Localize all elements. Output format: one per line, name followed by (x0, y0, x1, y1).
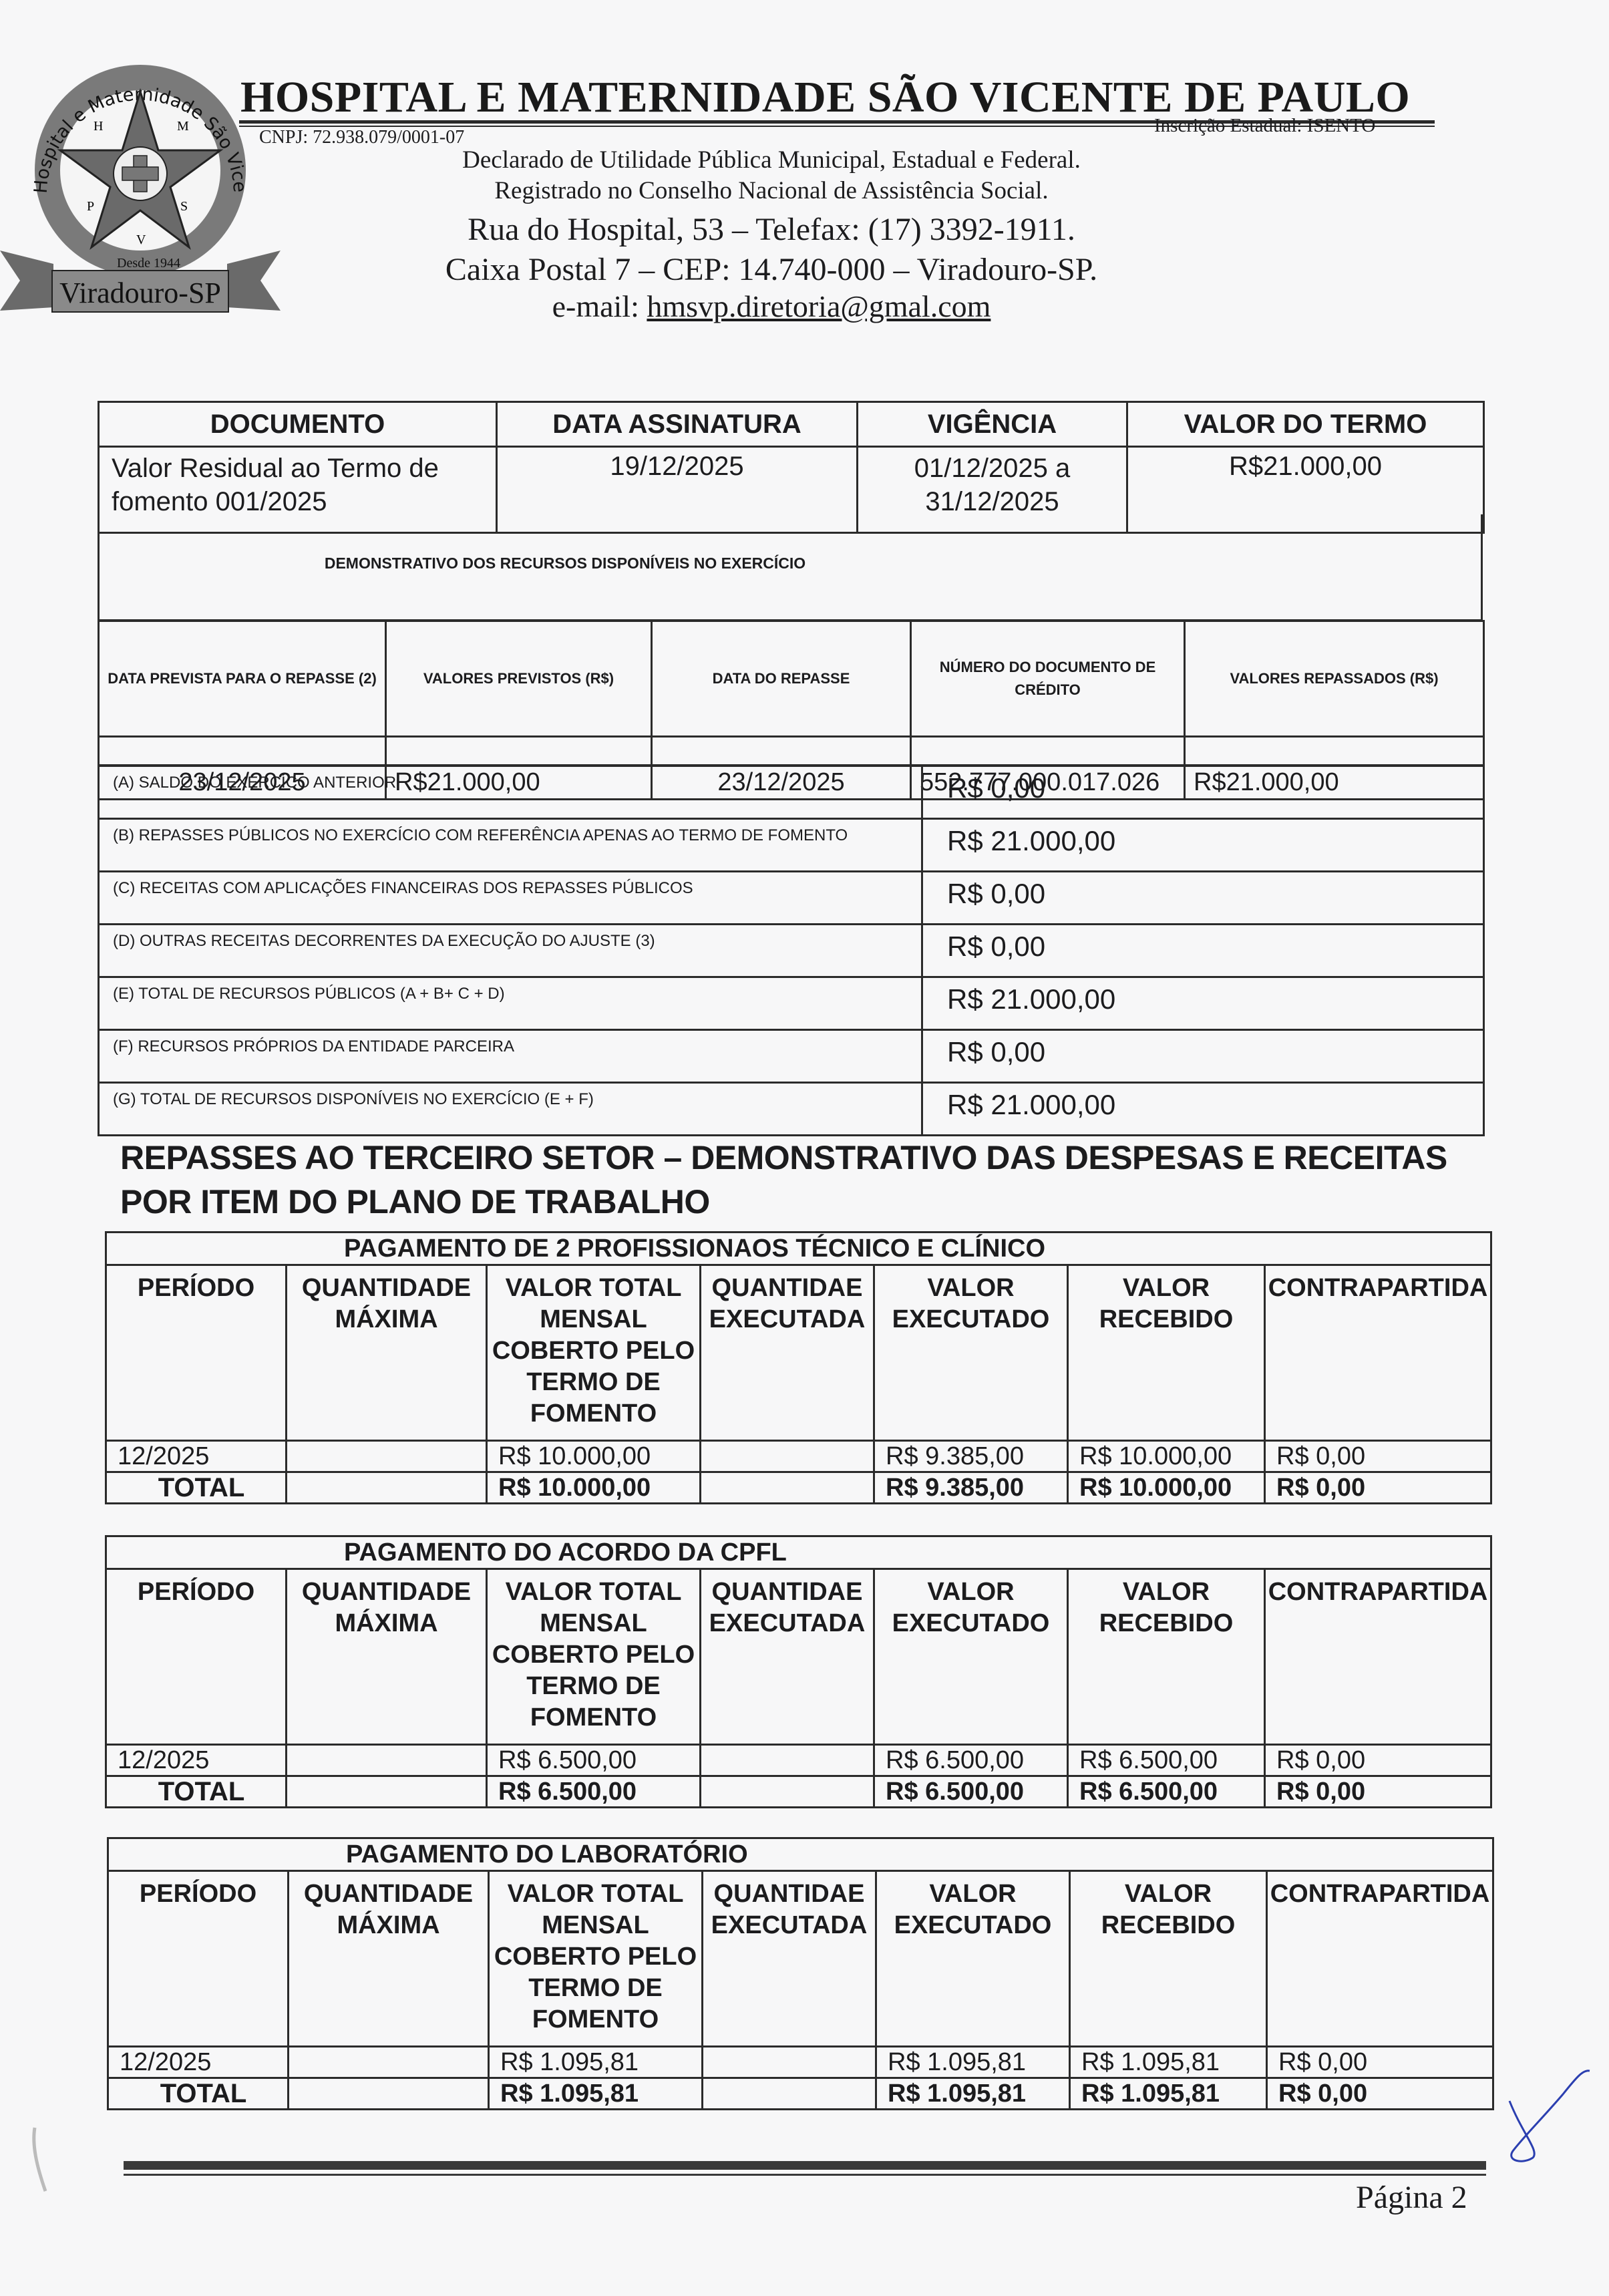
header-periodo: PERÍODO (108, 1871, 289, 2047)
cell-contrapartida: R$ 0,00 (1265, 1745, 1491, 1776)
logo-banner: Viradouro-SP (59, 277, 221, 309)
footer-rule (124, 2161, 1486, 2170)
total-valor-executado: R$ 9.385,00 (874, 1472, 1068, 1504)
total-valor-executado: R$ 6.500,00 (874, 1776, 1068, 1808)
item-table-cpfl: PAGAMENTO DO ACORDO DA CPFLPERÍODOQUANTI… (105, 1535, 1492, 1808)
summary-table: (A) SALDO DO EXERCÍCO ANTERIOR R$ 0,00 (… (98, 765, 1485, 1136)
header-contrapartida: CONTRAPARTIDA (1265, 1569, 1491, 1745)
header-periodo: PERÍODO (106, 1265, 287, 1441)
item-row: 12/2025R$ 10.000,00R$ 9.385,00R$ 10.000,… (106, 1441, 1491, 1472)
registro-cnas: Registrado no Conselho Nacional de Assis… (374, 176, 1169, 205)
summary-label: (F) RECURSOS PRÓPRIOS DA ENTIDADE PARCEI… (99, 1030, 922, 1083)
total-valor-recebido: R$ 1.095,81 (1070, 2078, 1267, 2110)
total-valor-total: R$ 6.500,00 (487, 1776, 701, 1808)
total-valor-recebido: R$ 6.500,00 (1068, 1776, 1265, 1808)
total-quantidade-maxima (287, 1472, 487, 1504)
summary-row-b: (B) REPASSES PÚBLICOS NO EXERCÍCIO COM R… (99, 819, 1484, 872)
header-quantidade-executada: QUANTIDAE EXECUTADA (701, 1265, 874, 1441)
logo-letter-v: V (136, 232, 146, 247)
summary-value: R$ 0,00 (922, 872, 1484, 925)
total-quantidade-maxima (287, 1776, 487, 1808)
header-valor-recebido: VALOR RECEBIDO (1068, 1265, 1265, 1441)
summary-label: (A) SALDO DO EXERCÍCO ANTERIOR (99, 766, 922, 819)
summary-row-a: (A) SALDO DO EXERCÍCO ANTERIOR R$ 0,00 (99, 766, 1484, 819)
demonstrativo-title: DEMONSTRATIVO DOS RECURSOS DISPONÍVEIS N… (98, 554, 1033, 572)
cell-quantidade-executada (703, 2047, 876, 2078)
cell-valor-total: R$ 1.095,81 (489, 2047, 703, 2078)
item-total-row: TOTALR$ 10.000,00R$ 9.385,00R$ 10.000,00… (106, 1472, 1491, 1504)
total-quantidade-executada (701, 1472, 874, 1504)
cell-contrapartida: R$ 0,00 (1265, 1441, 1491, 1472)
cell-valor-total: R$ 10.000,00 (487, 1441, 701, 1472)
total-quantidade-maxima (289, 2078, 489, 2110)
header-quantidade-maxima: QUANTIDADE MÁXIMA (289, 1871, 489, 2047)
blank-cell (652, 737, 911, 766)
section-title: REPASSES AO TERCEIRO SETOR – DEMONSTRATI… (120, 1136, 1483, 1224)
total-label: TOTAL (106, 1776, 287, 1808)
postal: Caixa Postal 7 – CEP: 14.740-000 – Virad… (374, 251, 1169, 288)
cell-valor-recebido: R$ 1.095,81 (1070, 2047, 1267, 2078)
header-data-repasse: DATA DO REPASSE (652, 621, 911, 737)
item-caption: PAGAMENTO DO ACORDO DA CPFL (106, 1536, 1491, 1569)
item-caption: PAGAMENTO DE 2 PROFISSIONAOS TÉCNICO E C… (106, 1233, 1491, 1265)
summary-value: R$ 21.000,00 (922, 1083, 1484, 1136)
summary-value: R$ 0,00 (922, 1030, 1484, 1083)
summary-value: R$ 21.000,00 (922, 819, 1484, 872)
header-data-assinatura: DATA ASSINATURA (497, 402, 858, 447)
item-row: 12/2025R$ 6.500,00R$ 6.500,00R$ 6.500,00… (106, 1745, 1491, 1776)
total-label: TOTAL (106, 1472, 287, 1504)
email-line: e-mail: hmsvp.diretoria@gmal.com (374, 289, 1169, 324)
header-valor-total: VALOR TOTAL MENSAL COBERTO PELO TERMO DE… (489, 1871, 703, 2047)
summary-label: (C) RECEITAS COM APLICAÇÕES FINANCEIRAS … (99, 872, 922, 925)
item-row: 12/2025R$ 1.095,81R$ 1.095,81R$ 1.095,81… (108, 2047, 1493, 2078)
header-valores-repassados: VALORES REPASSADOS (R$) (1185, 621, 1484, 737)
email-label: e-mail: (552, 289, 647, 323)
header-vigencia: VIGÊNCIA (858, 402, 1127, 447)
page-number: Página 2 (1356, 2179, 1467, 2216)
logo-letter-p: P (87, 199, 94, 214)
header-quantidade-maxima: QUANTIDADE MÁXIMA (287, 1265, 487, 1441)
logo-letter-s: S (180, 199, 188, 214)
logo-letter-h: H (94, 119, 103, 134)
summary-value: R$ 0,00 (922, 925, 1484, 977)
header-valor-termo: VALOR DO TERMO (1127, 402, 1484, 447)
total-quantidade-executada (703, 2078, 876, 2110)
cell-valor-total: R$ 6.500,00 (487, 1745, 701, 1776)
item-caption: PAGAMENTO DO LABORATÓRIO (108, 1838, 1493, 1871)
total-quantidade-executada (701, 1776, 874, 1808)
cell-quantidade-executada (701, 1441, 874, 1472)
scan-artifact (27, 2124, 53, 2198)
cell-valor-executado: R$ 1.095,81 (876, 2047, 1070, 2078)
email-link[interactable]: hmsvp.diretoria@gmal.com (647, 289, 991, 323)
header-quantidade-executada: QUANTIDAE EXECUTADA (701, 1569, 874, 1745)
item-table-profissionais: PAGAMENTO DE 2 PROFISSIONAOS TÉCNICO E C… (105, 1231, 1492, 1504)
blank-cell (386, 737, 652, 766)
header-documento: DOCUMENTO (99, 402, 497, 447)
item-total-row: TOTALR$ 6.500,00R$ 6.500,00R$ 6.500,00R$… (106, 1776, 1491, 1808)
summary-label: (B) REPASSES PÚBLICOS NO EXERCÍCIO COM R… (99, 819, 922, 872)
summary-row-g: (G) TOTAL DE RECURSOS DISPONÍVEIS NO EXE… (99, 1083, 1484, 1136)
summary-row-d: (D) OUTRAS RECEITAS DECORRENTES DA EXECU… (99, 925, 1484, 977)
summary-value: R$ 0,00 (922, 766, 1484, 819)
summary-row-f: (F) RECURSOS PRÓPRIOS DA ENTIDADE PARCEI… (99, 1030, 1484, 1083)
cell-quantidade-maxima (287, 1745, 487, 1776)
header-numero-documento: NÚMERO DO DOCUMENTO DE CRÉDITO (911, 621, 1185, 737)
summary-label: (G) TOTAL DE RECURSOS DISPONÍVEIS NO EXE… (99, 1083, 922, 1136)
logo-since: Desde 1944 (117, 256, 180, 271)
total-contrapartida: R$ 0,00 (1267, 2078, 1493, 2110)
header-periodo: PERÍODO (106, 1569, 287, 1745)
total-valor-total: R$ 10.000,00 (487, 1472, 701, 1504)
header-valores-previstos: VALORES PREVISTOS (R$) (386, 621, 652, 737)
cell-valor-recebido: R$ 10.000,00 (1068, 1441, 1265, 1472)
summary-label: (E) TOTAL DE RECURSOS PÚBLICOS (A + B+ C… (99, 977, 922, 1030)
cell-quantidade-maxima (289, 2047, 489, 2078)
header-valor-recebido: VALOR RECEBIDO (1068, 1569, 1265, 1745)
total-valor-total: R$ 1.095,81 (489, 2078, 703, 2110)
cell-valor-executado: R$ 9.385,00 (874, 1441, 1068, 1472)
header-contrapartida: CONTRAPARTIDA (1265, 1265, 1491, 1441)
header-valor-executado: VALOR EXECUTADO (876, 1871, 1070, 2047)
blank-cell (911, 737, 1185, 766)
inscricao-estadual: Inscrição Estadual: ISENTO (1154, 115, 1375, 137)
cell-quantidade-executada (701, 1745, 874, 1776)
total-label: TOTAL (108, 2078, 289, 2110)
total-contrapartida: R$ 0,00 (1265, 1472, 1491, 1504)
header-quantidade-maxima: QUANTIDADE MÁXIMA (287, 1569, 487, 1745)
header-valor-executado: VALOR EXECUTADO (874, 1569, 1068, 1745)
item-total-row: TOTALR$ 1.095,81R$ 1.095,81R$ 1.095,81R$… (108, 2078, 1493, 2110)
summary-row-c: (C) RECEITAS COM APLICAÇÕES FINANCEIRAS … (99, 872, 1484, 925)
blank-cell (1185, 737, 1484, 766)
address: Rua do Hospital, 53 – Telefax: (17) 3392… (374, 211, 1169, 248)
signature-mark-icon (1496, 2064, 1596, 2164)
utilidade-publica: Declarado de Utilidade Pública Municipal… (374, 146, 1169, 174)
header-contrapartida: CONTRAPARTIDA (1267, 1871, 1493, 2047)
cell-valor-executado: R$ 6.500,00 (874, 1745, 1068, 1776)
header-quantidade-executada: QUANTIDAE EXECUTADA (703, 1871, 876, 2047)
cell-quantidade-maxima (287, 1441, 487, 1472)
item-table-laboratorio: PAGAMENTO DO LABORATÓRIOPERÍODOQUANTIDAD… (107, 1837, 1494, 2110)
total-valor-executado: R$ 1.095,81 (876, 2078, 1070, 2110)
logo-letter-m: M (177, 119, 189, 134)
header-valor-total: VALOR TOTAL MENSAL COBERTO PELO TERMO DE… (487, 1265, 701, 1441)
cell-contrapartida: R$ 0,00 (1267, 2047, 1493, 2078)
header-data-prevista: DATA PREVISTA PARA O REPASSE (2) (99, 621, 386, 737)
cell-periodo: 12/2025 (108, 2047, 289, 2078)
cell-valor-recebido: R$ 6.500,00 (1068, 1745, 1265, 1776)
header-valor-recebido: VALOR RECEBIDO (1070, 1871, 1267, 2047)
cell-periodo: 12/2025 (106, 1441, 287, 1472)
header-valor-executado: VALOR EXECUTADO (874, 1265, 1068, 1441)
summary-label: (D) OUTRAS RECEITAS DECORRENTES DA EXECU… (99, 925, 922, 977)
cell-periodo: 12/2025 (106, 1745, 287, 1776)
footer-rule-thin (124, 2174, 1486, 2176)
header-valor-total: VALOR TOTAL MENSAL COBERTO PELO TERMO DE… (487, 1569, 701, 1745)
summary-value: R$ 21.000,00 (922, 977, 1484, 1030)
total-valor-recebido: R$ 10.000,00 (1068, 1472, 1265, 1504)
summary-row-e: (E) TOTAL DE RECURSOS PÚBLICOS (A + B+ C… (99, 977, 1484, 1030)
blank-cell (99, 737, 386, 766)
total-contrapartida: R$ 0,00 (1265, 1776, 1491, 1808)
